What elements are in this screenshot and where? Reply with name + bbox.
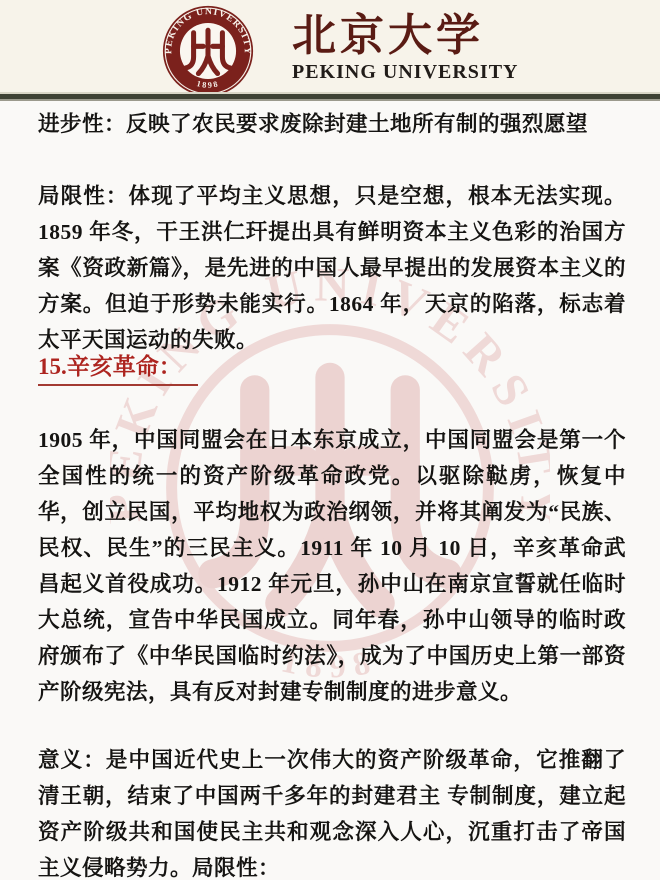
- progressiveness-line: 进步性：反映了农民要求废除封建土地所有制的强烈愿望: [38, 106, 626, 142]
- university-name-cn: 北京大学: [292, 12, 532, 60]
- university-name-block: 北京大学 PEKING UNIVERSITY: [292, 12, 532, 84]
- header-divider: [0, 92, 660, 101]
- section-heading-text: 15.辛亥革命：: [38, 352, 198, 386]
- significance-paragraph: 意义：是中国近代史上一次伟大的资产阶级革命，它推翻了清王朝，结束了中国两千多年的…: [38, 742, 626, 880]
- document-page: PEKING UNIVERSITY 1898: [0, 0, 660, 880]
- university-name-en: PEKING UNIVERSITY: [292, 60, 532, 84]
- xinhai-revolution-paragraph: 1905 年，中国同盟会在日本东京成立，中国同盟会是第一个全国性的统一的资产阶级…: [38, 422, 626, 710]
- section-heading-xinhai-revolution: 15.辛亥革命：: [38, 352, 198, 386]
- limitations-paragraph: 局限性：体现了平均主义思想，只是空想，根本无法实现。1859 年冬，干王洪仁玕提…: [38, 178, 626, 358]
- header: PEKING UNIVERSITY 1898 北京大学 PEKING UNIV: [0, 0, 660, 92]
- pku-seal-icon: PEKING UNIVERSITY 1898: [162, 5, 254, 97]
